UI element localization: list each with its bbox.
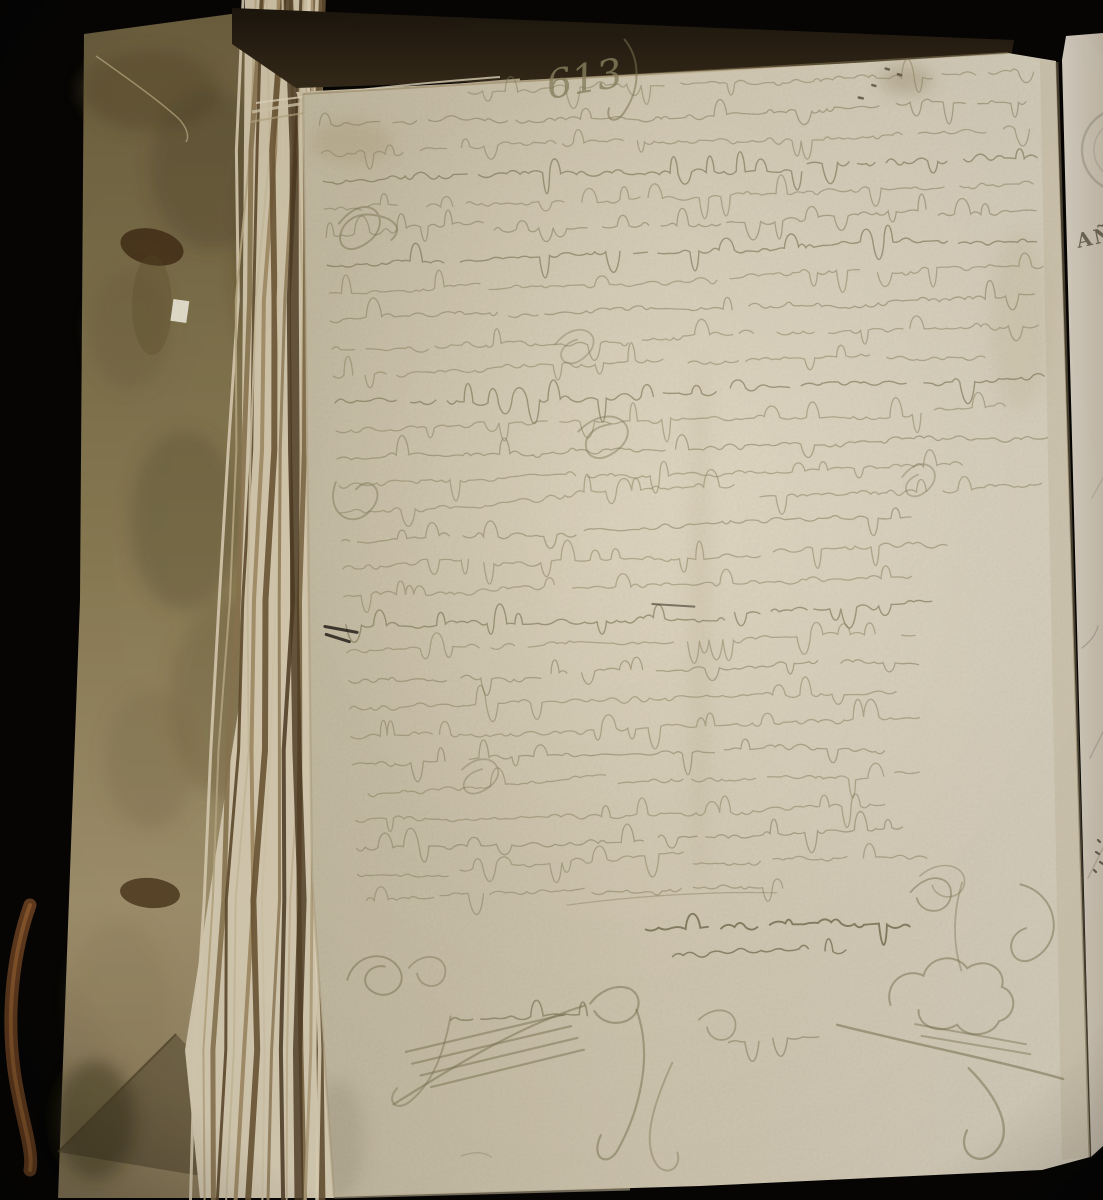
manuscript-photograph: AÑ 613: [0, 0, 1103, 1200]
manuscript-scene: AÑ 613: [0, 0, 1103, 1200]
photo-vignette: [0, 0, 1103, 1200]
